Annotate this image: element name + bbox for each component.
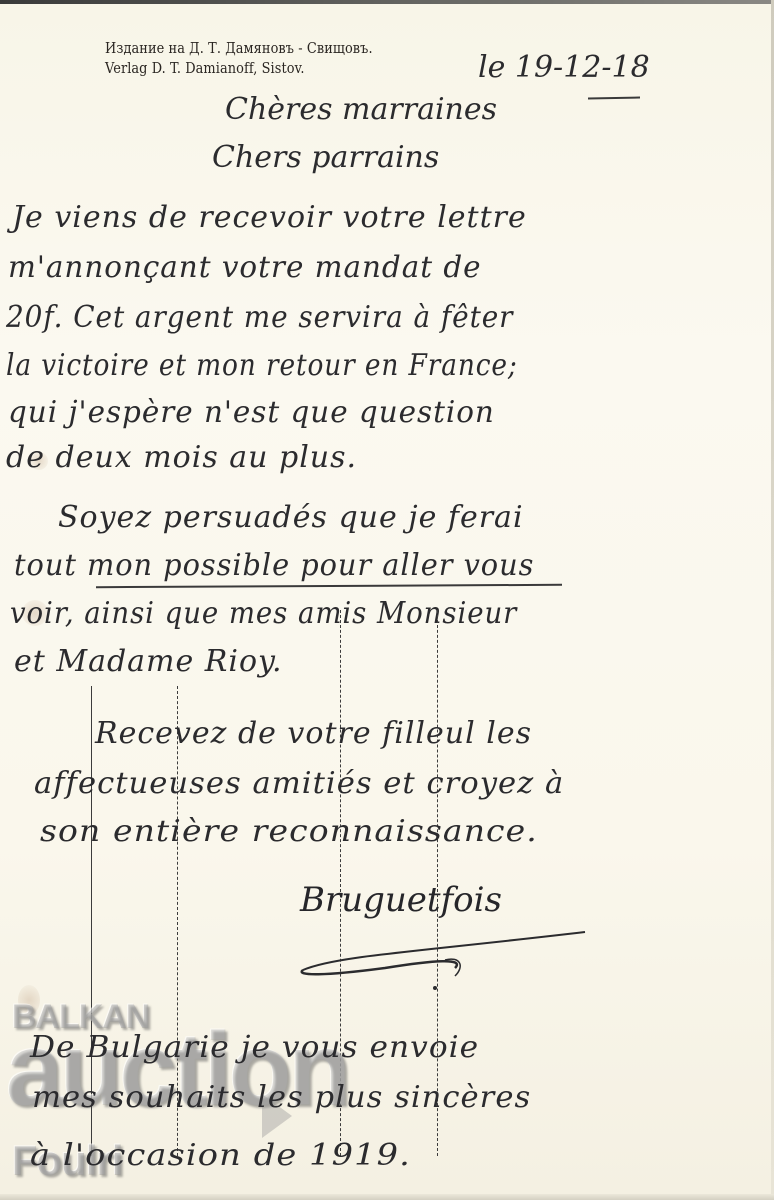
- signature: Bruguetfois: [300, 880, 502, 920]
- handwritten-date: le 19-12-18: [478, 50, 650, 85]
- postscript-line: De Bulgarie je vous envoie: [30, 1030, 479, 1065]
- salutation-line-2: Chers parrains: [212, 140, 439, 175]
- letter-line: de deux mois au plus.: [6, 440, 357, 475]
- letter-line: Recevez de votre filleul les: [95, 716, 532, 751]
- publisher-imprint: Издание на Д. Т. Дамяновъ - Свищовъ. Ver…: [105, 38, 373, 78]
- underline-rule: [96, 584, 562, 588]
- letter-line: tout mon possible pour aller vous: [14, 548, 534, 583]
- publisher-line-bulgarian: Издание на Д. Т. Дамяновъ - Свищовъ.: [105, 38, 373, 58]
- postscript-line: à l'occasion de 1919.: [30, 1138, 411, 1173]
- postscript-line: mes souhaits les plus sincères: [32, 1080, 531, 1115]
- date-underline: [588, 97, 640, 99]
- letter-line: Soyez persuadés que je ferai: [58, 500, 524, 535]
- letter-line: m'annonçant votre mandat de: [8, 250, 482, 285]
- postcard-back: Издание на Д. Т. Дамяновъ - Свищовъ. Ver…: [0, 0, 774, 1200]
- publisher-line-german: Verlag D. T. Damianoff, Sistov.: [105, 58, 373, 78]
- salutation-line-1: Chères marraines: [225, 92, 497, 127]
- letter-line: 20f. Cet argent me servira à fêter: [6, 300, 513, 335]
- letter-line: affectueuses amitiés et croyez à: [34, 766, 564, 801]
- letter-line: la victoire et mon retour en France;: [6, 348, 518, 383]
- watermark-balkan: BALKAN: [12, 1000, 150, 1034]
- letter-line: et Madame Rioy.: [14, 644, 283, 679]
- signature-flourish-icon: [295, 930, 595, 990]
- letter-line: son entière reconnaissance.: [40, 814, 538, 849]
- letter-line: voir, ainsi que mes amis Monsieur: [10, 596, 517, 631]
- letter-line: qui j'espère n'est que question: [8, 395, 495, 430]
- card-top-edge: [0, 0, 774, 4]
- letter-line: Je viens de recevoir votre lettre: [12, 200, 527, 235]
- card-bottom-edge: [0, 1194, 774, 1200]
